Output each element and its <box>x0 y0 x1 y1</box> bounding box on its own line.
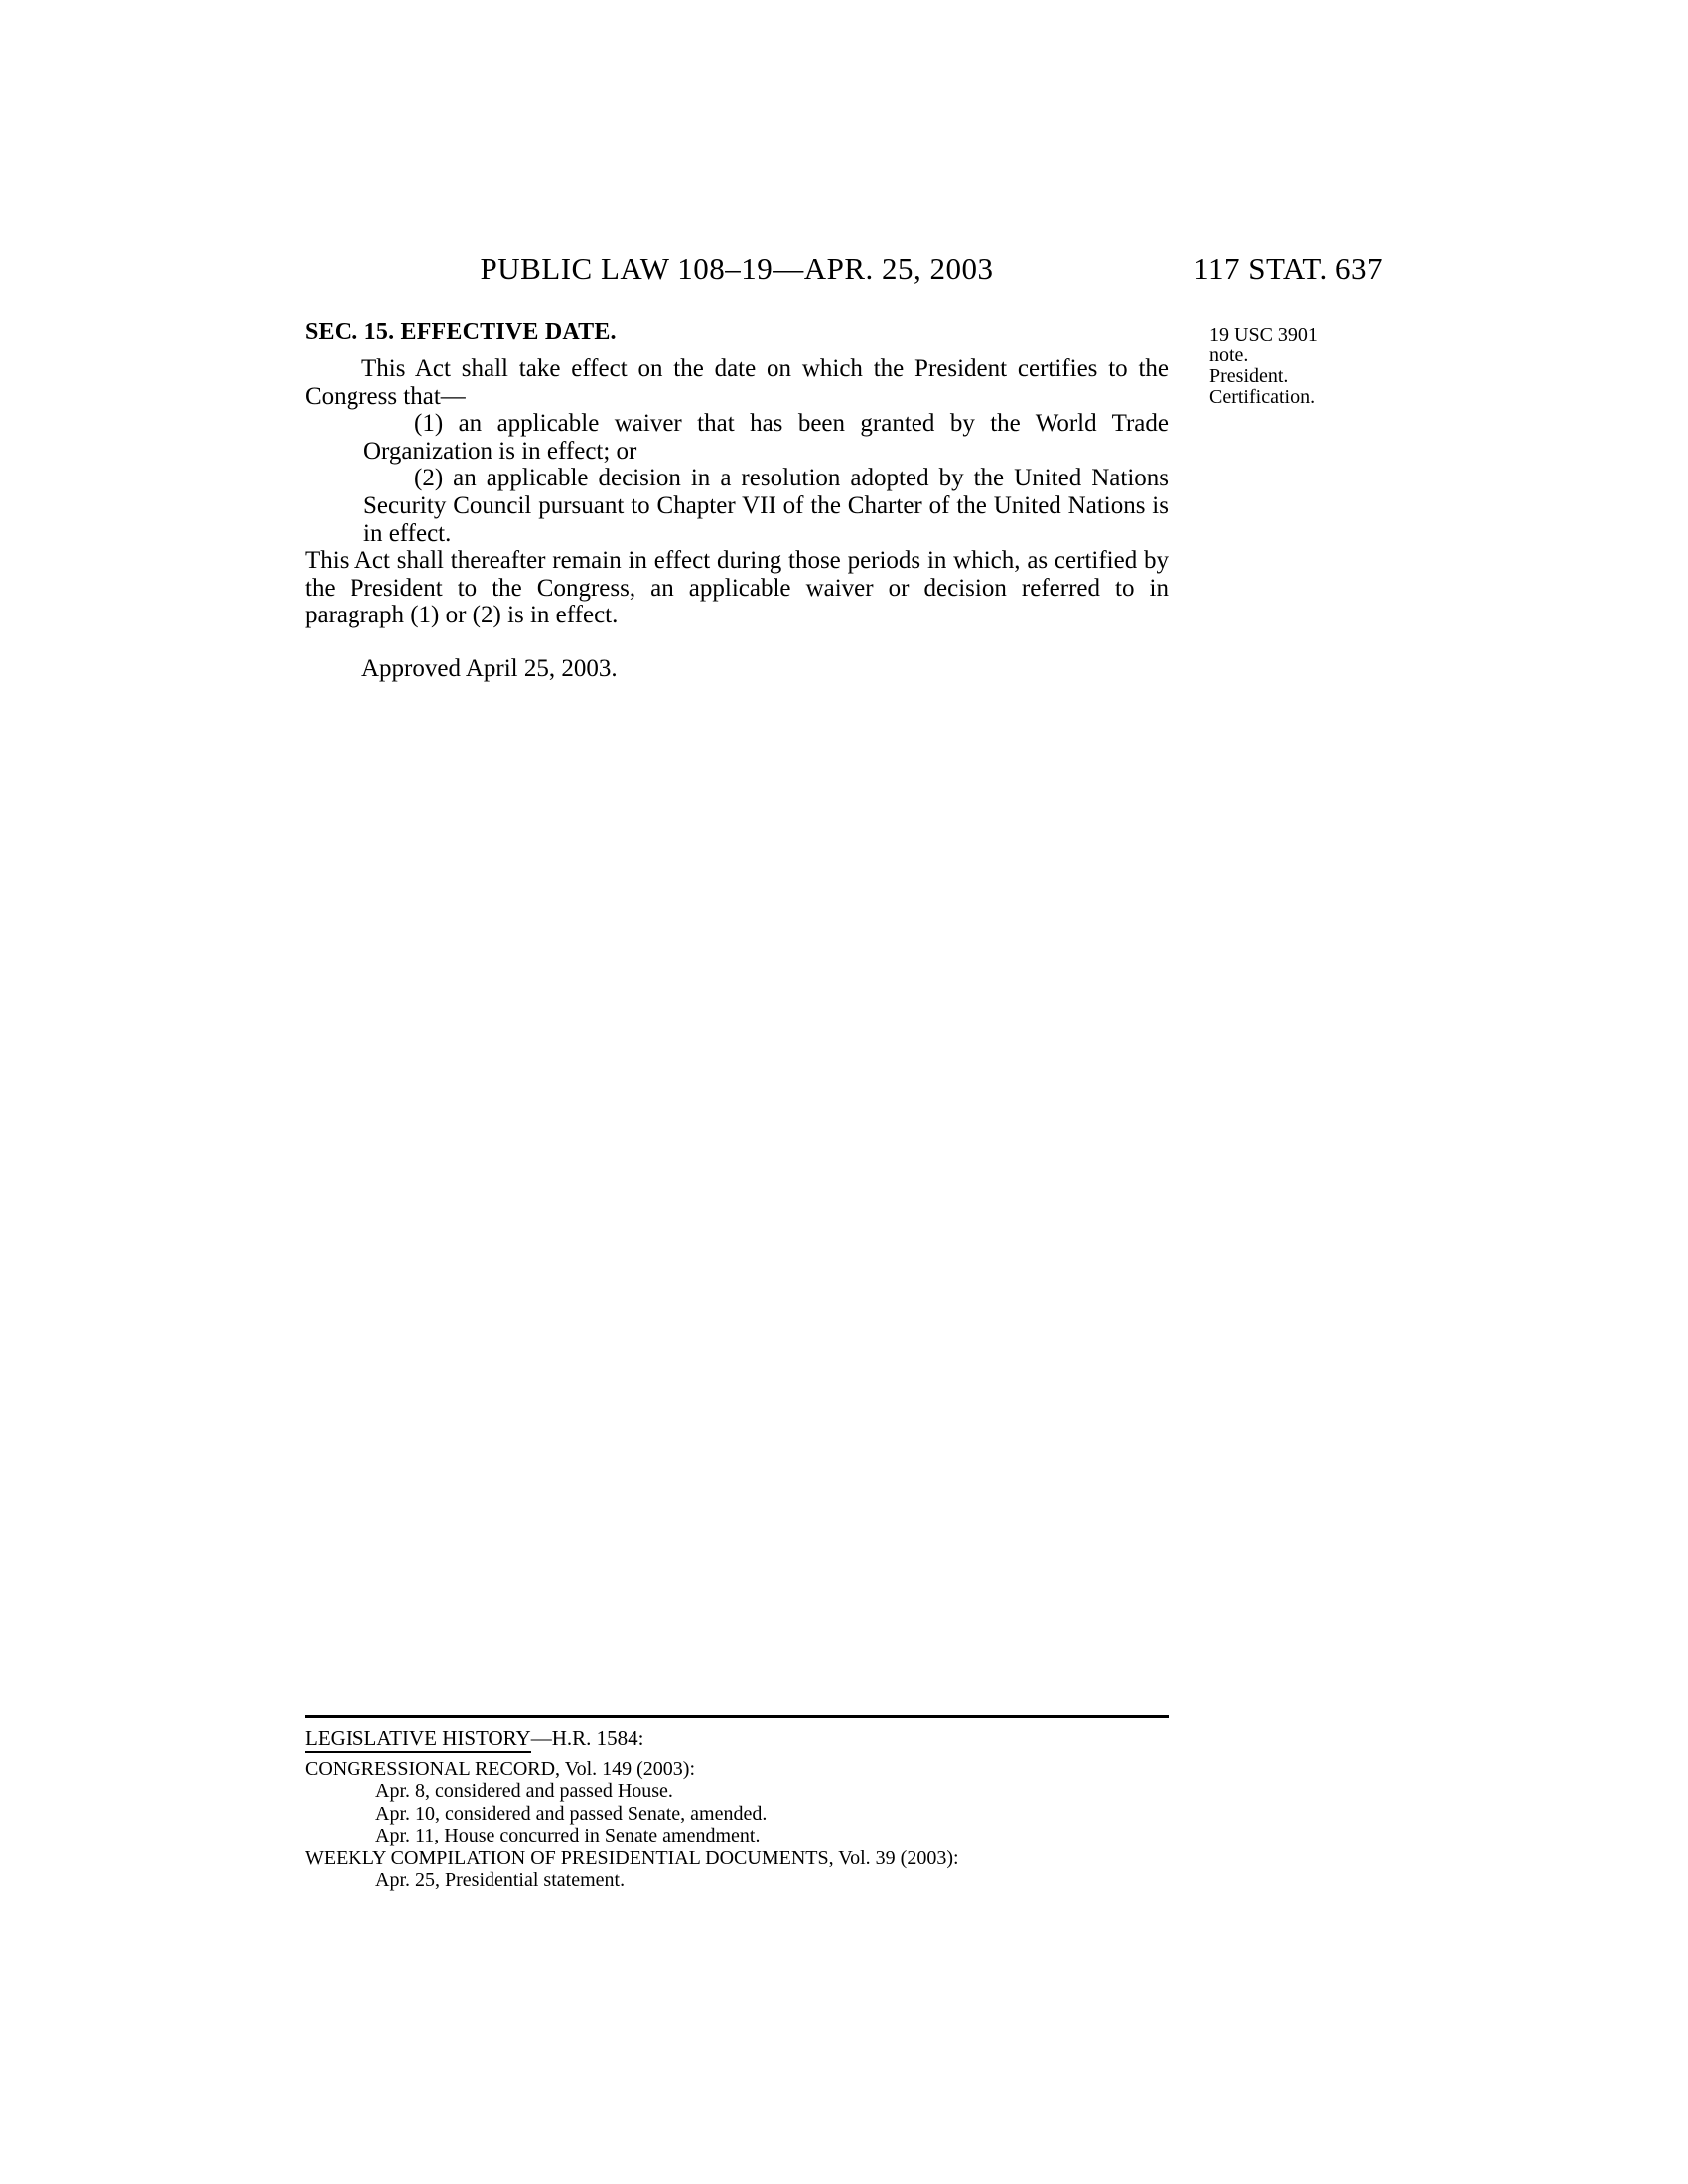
section-intro-paragraph: This Act shall take effect on the date o… <box>305 355 1169 410</box>
history-subentry: Apr. 25, Presidential statement. <box>305 1869 1169 1891</box>
clause-1: (1) an applicable waiver that has been g… <box>363 410 1169 465</box>
history-subentry: Apr. 8, considered and passed House. <box>305 1780 1169 1802</box>
divider-rule <box>305 1715 1169 1718</box>
section-heading: SEC. 15. EFFECTIVE DATE. <box>305 318 1169 345</box>
margin-note-usc-citation: 19 USC 3901 note. <box>1209 325 1360 366</box>
history-subentry: Apr. 11, House concurred in Senate amend… <box>305 1825 1169 1846</box>
history-subentry: Apr. 10, considered and passed Senate, a… <box>305 1803 1169 1825</box>
legislative-history-bill-number: —H.R. 1584: <box>531 1726 644 1750</box>
running-head-title: PUBLIC LAW 108–19—APR. 25, 2003 <box>305 252 1169 286</box>
margin-notes-column: 19 USC 3901 note. President. Certificati… <box>1209 325 1360 408</box>
statute-body: SEC. 15. EFFECTIVE DATE. This Act shall … <box>305 318 1169 683</box>
legislative-history-heading: LEGISLATIVE HISTORY—H.R. 1584: <box>305 1726 1169 1750</box>
section-closing-paragraph: This Act shall thereafter remain in effe… <box>305 547 1169 629</box>
running-head-stat-number: 117 STAT. 637 <box>1099 252 1383 286</box>
approval-line: Approved April 25, 2003. <box>305 655 1169 683</box>
statute-page: PUBLIC LAW 108–19—APR. 25, 2003 117 STAT… <box>0 0 1688 2184</box>
history-entry-weekly-compilation: WEEKLY COMPILATION OF PRESIDENTIAL DOCUM… <box>305 1847 1169 1869</box>
legislative-history-block: LEGISLATIVE HISTORY—H.R. 1584: CONGRESSI… <box>305 1715 1169 1891</box>
history-entry-congressional-record: CONGRESSIONAL RECORD, Vol. 149 (2003): <box>305 1758 1169 1780</box>
clause-2: (2) an applicable decision in a resoluti… <box>363 465 1169 547</box>
margin-note-certification: Certification. <box>1209 387 1360 408</box>
margin-note-president: President. <box>1209 366 1360 387</box>
legislative-history-heading-underlined: LEGISLATIVE HISTORY <box>305 1726 531 1753</box>
